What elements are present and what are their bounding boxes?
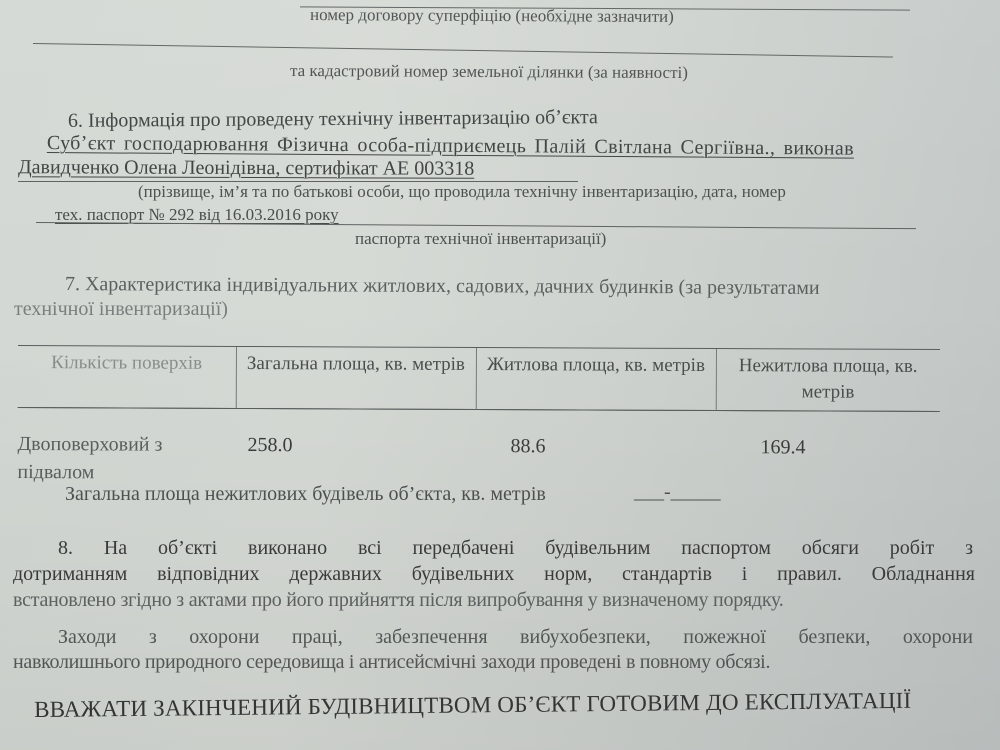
- section6-heading: 6. Інформація про проведену технічну інв…: [68, 106, 598, 133]
- section7-heading-line1: 7. Характеристика індивідуальних житлови…: [65, 273, 820, 300]
- header-floors: Кількість поверхів: [18, 346, 236, 409]
- header-total-area: Загальна площа, кв. метрів: [236, 346, 476, 409]
- nonresidential-area-label: Загальна площа нежитлових будівель об’єк…: [65, 483, 546, 506]
- section8-para2-line1: Заходи з охорони праці, забезпечення виб…: [58, 626, 973, 649]
- cadastral-caption: та кадастровий номер земельної ділянки (…: [290, 61, 688, 83]
- cell-floors: Двоповерховий з підвалом: [17, 408, 235, 487]
- inventory-caption-1: (прізвище, ім’я та по батькові особи, що…: [138, 182, 786, 202]
- cadastral-line: [33, 43, 893, 58]
- section8-para1-line2: дотриманням відповідних державних будіве…: [13, 563, 975, 586]
- building-characteristics-table: Кількість поверхів Загальна площа, кв. м…: [17, 345, 940, 490]
- cell-living-area: 88.6: [475, 410, 715, 490]
- inventory-caption-2: паспорта технічної інвентаризації): [355, 229, 606, 249]
- header-living-area: Житлова площа, кв. метрів: [476, 347, 716, 410]
- inventory-performer-line2: Давидченко Олена Леонідівна, сертифікат …: [18, 156, 474, 181]
- section8-para1-line3: встановлено згідно з актами про його при…: [13, 589, 784, 612]
- section8-para2-line2: навколишнього природного середовища і ан…: [13, 651, 770, 674]
- section7-heading-line2: технічної інвентаризації): [14, 298, 228, 321]
- superficies-caption: номер договору суперфіцію (необхідне заз…: [310, 5, 674, 27]
- section8-para1-line1: 8. На об’єкті виконано всі передбачені б…: [58, 537, 973, 560]
- table-header-row: Кількість поверхів Загальна площа, кв. м…: [18, 346, 940, 412]
- cell-nonliving-area: 169.4: [715, 411, 939, 490]
- table-row: Двоповерховий з підвалом 258.0 88.6 169.…: [17, 408, 939, 491]
- nonresidential-area-value: ___-_____: [634, 481, 721, 504]
- cell-total-area: 258.0: [235, 409, 475, 489]
- conclusion-statement: ВВАЖАТИ ЗАКІНЧЕНИЙ БУДІВНИЦТВОМ ОБ’ЄКТ Г…: [34, 688, 911, 723]
- header-nonliving-area: Нежитлова площа, кв. метрів: [716, 349, 940, 412]
